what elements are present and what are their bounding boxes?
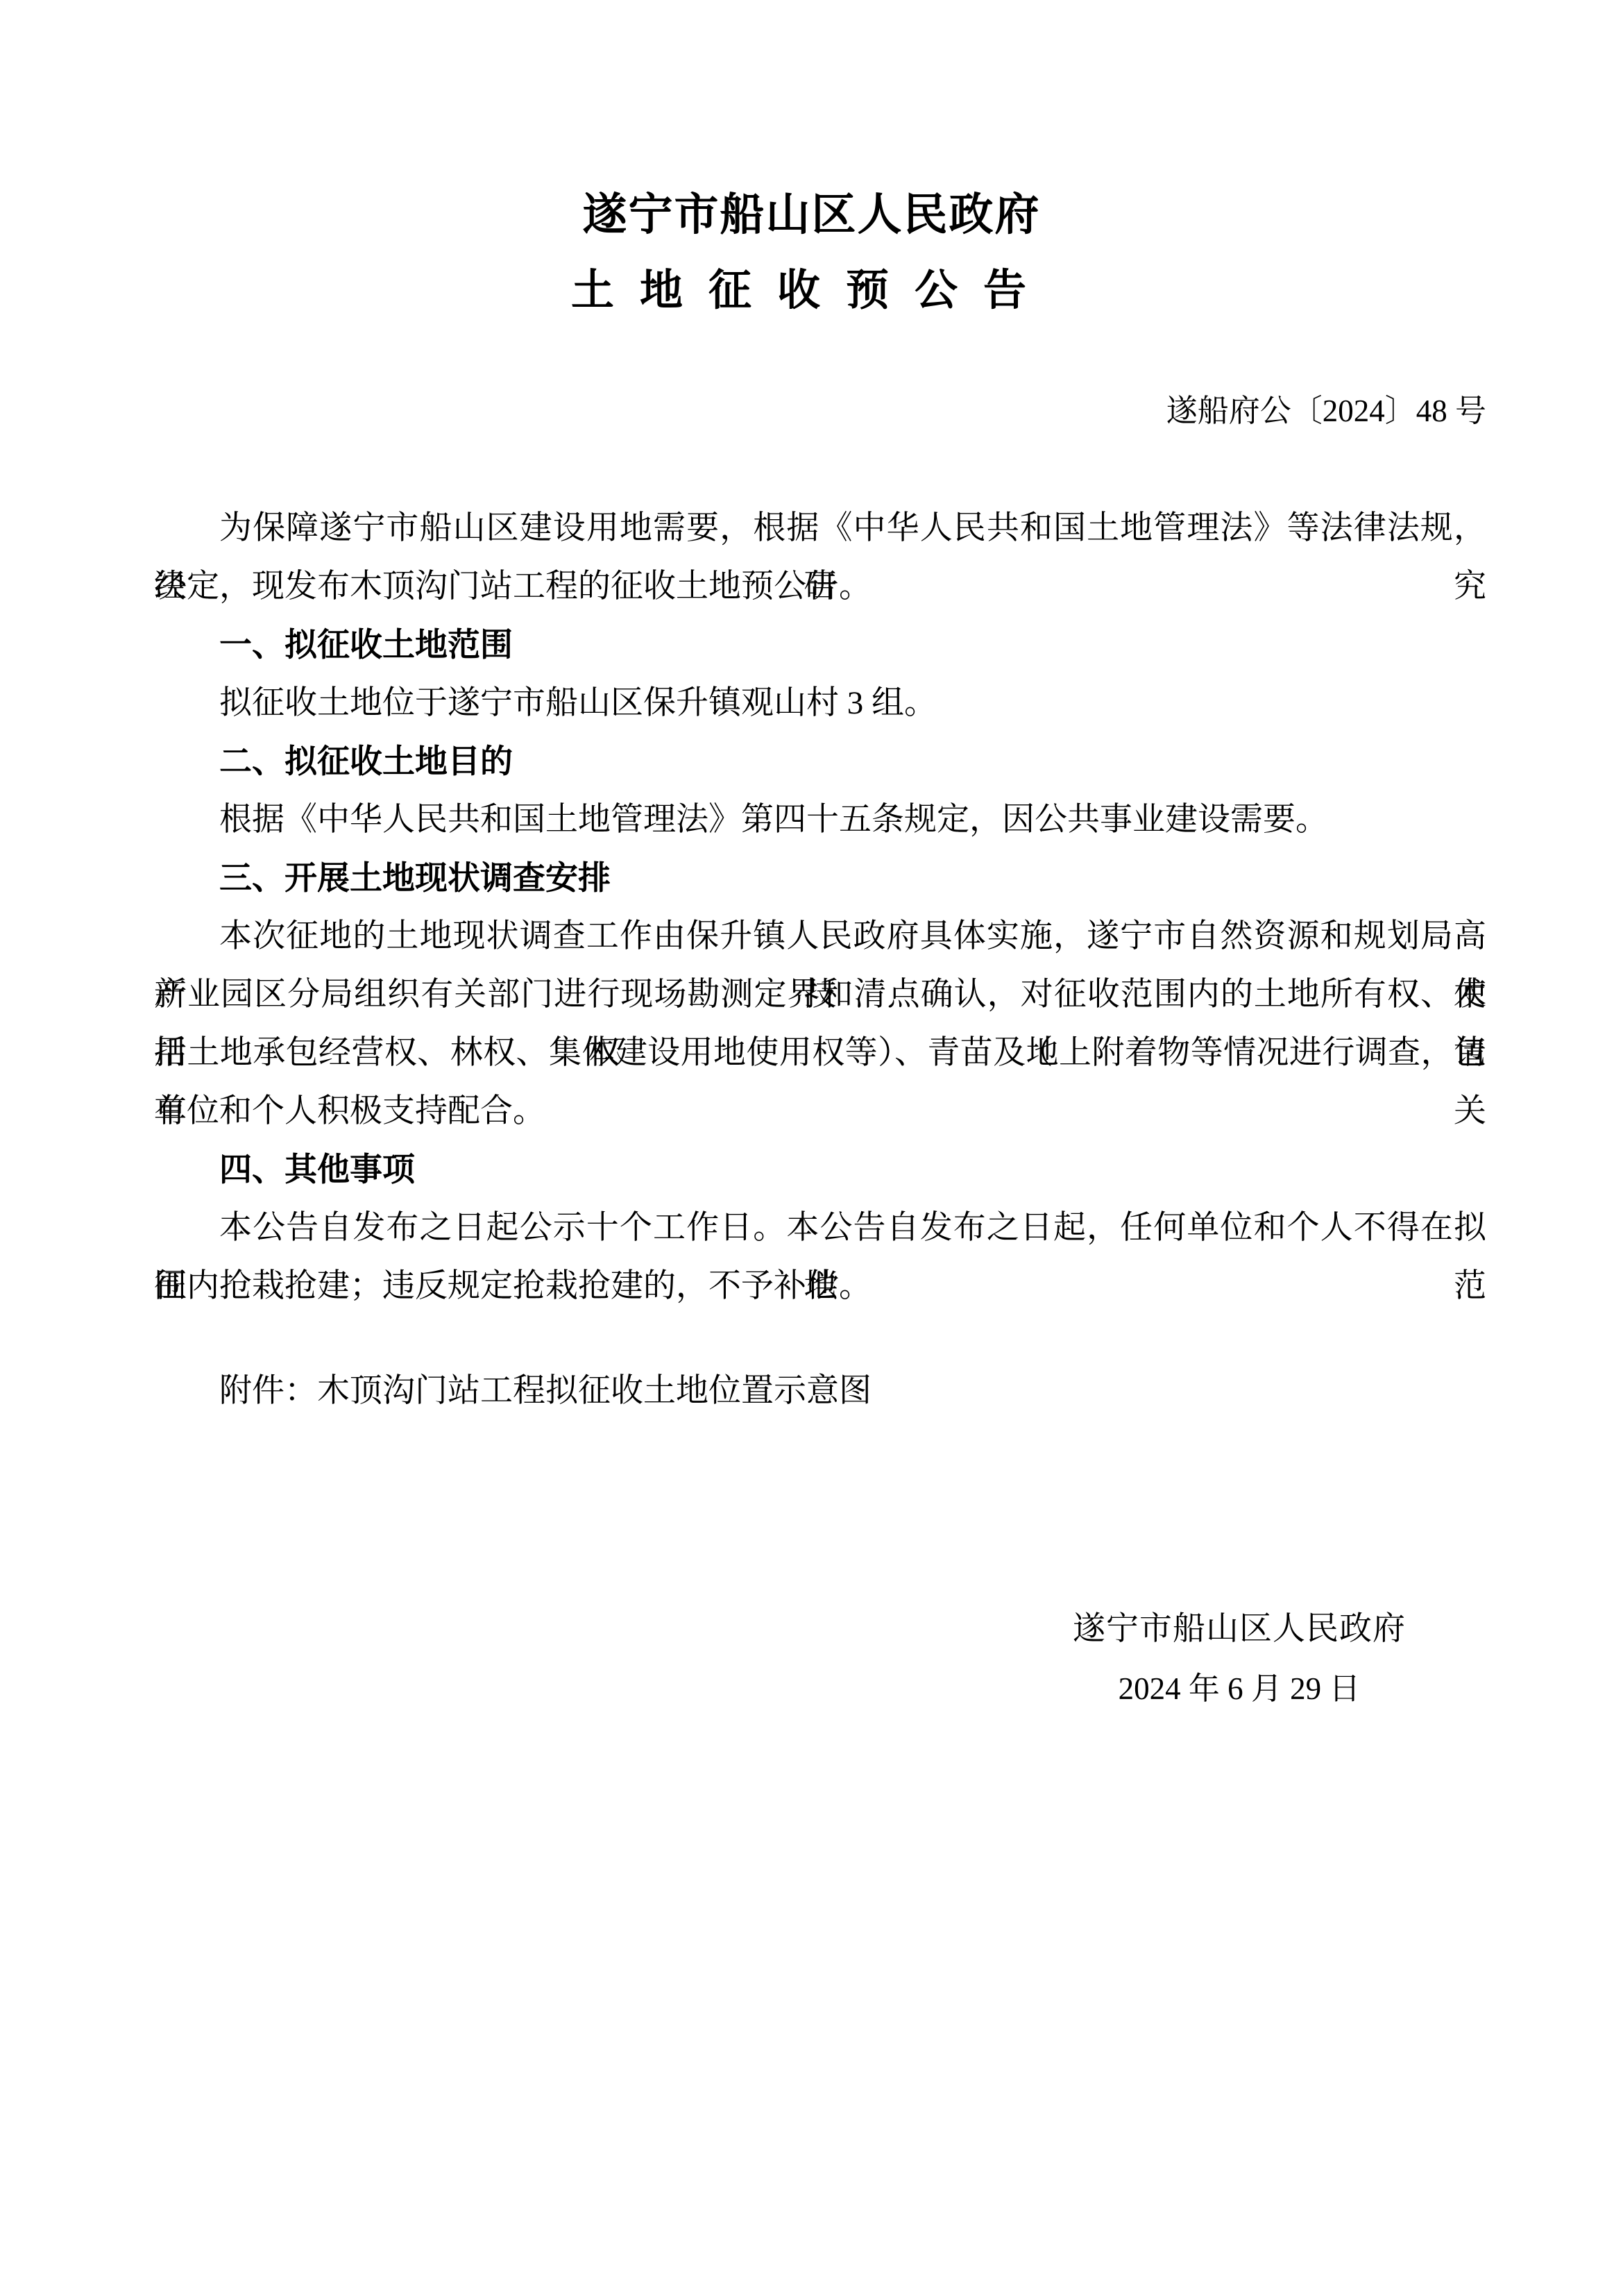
body-line: 括土地承包经营权、林权、集体建设用地使用权等）、青苗及地上附着物等情况进行调查，…: [154, 1024, 1486, 1082]
section-heading: 一、拟征收土地范围: [154, 616, 1486, 674]
body-line: 为保障遂宁市船山区建设用地需要，根据《中华人民共和国土地管理法》等法律法规，经研…: [154, 499, 1486, 557]
document-title-subject: 土地征收预公告: [0, 255, 1623, 317]
body-line: 本次征地的土地现状调查工作由保升镇人民政府具体实施，遂宁市自然资源和规划局高新技…: [154, 907, 1486, 965]
document-title-org: 遂宁市船山区人民政府: [0, 179, 1623, 243]
body-line: 拟征收土地位于遂宁市船山区保升镇观山村 3 组。: [154, 674, 1486, 732]
section-heading: 二、拟征收土地目的: [154, 732, 1486, 791]
body-line: 根据《中华人民共和国土地管理法》第四十五条规定，因公共事业建设需要。: [154, 791, 1486, 849]
document-body: 为保障遂宁市船山区建设用地需要，根据《中华人民共和国土地管理法》等法律法规，经研…: [154, 499, 1486, 1315]
section-heading: 四、其他事项: [154, 1140, 1486, 1199]
section-heading: 三、开展土地现状调查安排: [154, 849, 1486, 907]
document-page: 遂宁市船山区人民政府 土地征收预公告 遂船府公〔2024〕48 号 为保障遂宁市…: [0, 0, 1623, 2296]
body-line: 本公告自发布之日起公示十个工作日。本公告自发布之日起，任何单位和个人不得在拟征地…: [154, 1199, 1486, 1257]
body-line: 产业园区分局组织有关部门进行现场勘测定界和清点确认，对征收范围内的土地所有权、使…: [154, 965, 1486, 1024]
signature-organization: 遂宁市船山区人民政府: [856, 1612, 1623, 1646]
attachment-note: 附件：木顶沟门站工程拟征收土地位置示意图: [154, 1362, 1486, 1420]
signature-date: 2024 年 6 月 29 日: [856, 1671, 1623, 1706]
document-reference-number: 遂船府公〔2024〕48 号: [154, 393, 1486, 429]
